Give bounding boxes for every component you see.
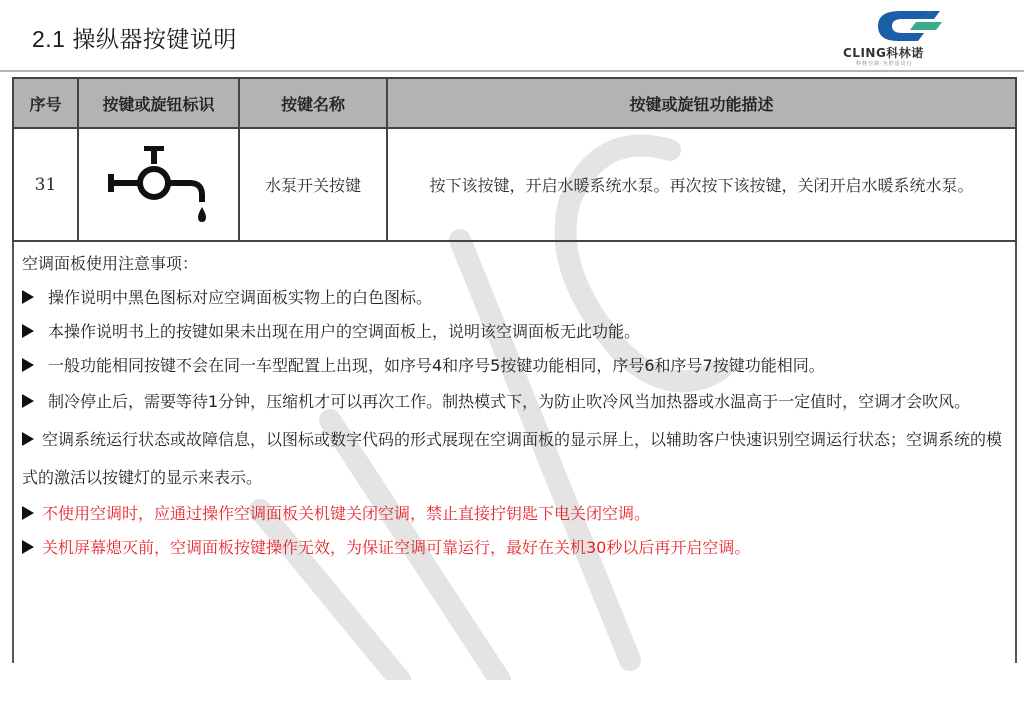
row-no: 31	[13, 128, 78, 241]
triangle-bullet-icon	[22, 506, 34, 520]
row-description: 按下该按键，开启水暖系统水泵。再次按下该按键，关闭开启水暖系统水泵。	[387, 128, 1016, 241]
note-text: 制冷停止后，需要等待1分钟，压缩机才可以再次工作。制热模式下，为防止吹冷风当加热…	[48, 392, 970, 411]
note-item: 操作说明中黑色图标对应空调面板实物上的白色图标。	[22, 281, 1012, 315]
column-header-no: 序号	[13, 78, 78, 128]
row-key-name: 水泵开关按键	[239, 128, 387, 241]
slide-title: 2.1 操纵器按键说明	[32, 21, 237, 54]
water-tap-icon	[104, 140, 214, 226]
notes-heading: 空调面板使用注意事项：	[22, 247, 1012, 281]
triangle-bullet-icon	[22, 324, 34, 338]
usage-notes: 空调面板使用注意事项： 操作说明中黑色图标对应空调面板实物上的白色图标。 本操作…	[22, 247, 1012, 565]
logo-brand-text: CLING科林诺	[843, 44, 924, 61]
warning-text: 关机屏幕熄灭前，空调面板按键操作无效，为保证空调可靠运行，最好在关机30秒以后再…	[42, 538, 750, 557]
cling-logo-mark-icon	[838, 8, 978, 44]
column-header-icon: 按键或旋钮标识	[78, 78, 239, 128]
column-header-description: 按键或旋钮功能描述	[387, 78, 1016, 128]
note-text: 空调系统运行状态或故障信息，以图标或数字代码的形式展现在空调面板的显示屏上，以辅…	[22, 430, 1002, 487]
note-text: 本操作说明书上的按键如果未出现在用户的空调面板上，说明该空调面板无此功能。	[48, 322, 640, 341]
column-header-name: 按键名称	[239, 78, 387, 128]
slide-header: 2.1 操纵器按键说明 CLING科林诺 科林空调·为舒适出行	[0, 0, 1024, 70]
note-text: 一般功能相同按键不会在同一车型配置上出现，如序号4和序号5按键功能相同，序号6和…	[48, 356, 825, 375]
note-item: 制冷停止后，需要等待1分钟，压缩机才可以再次工作。制热模式下，为防止吹冷风当加热…	[22, 383, 1012, 421]
note-item: 一般功能相同按键不会在同一车型配置上出现，如序号4和序号5按键功能相同，序号6和…	[22, 349, 1012, 383]
note-item: 空调系统运行状态或故障信息，以图标或数字代码的形式展现在空调面板的显示屏上，以辅…	[22, 421, 1012, 497]
table-row: 31 水泵开关按键 按下该按键，开启水暖系统水泵。再次按下该按键，关闭开	[13, 128, 1016, 241]
triangle-bullet-icon	[22, 432, 34, 446]
note-item: 本操作说明书上的按键如果未出现在用户的空调面板上，说明该空调面板无此功能。	[22, 315, 1012, 349]
triangle-bullet-icon	[22, 540, 34, 554]
row-icon-cell	[78, 128, 239, 241]
key-table: 序号 按键或旋钮标识 按键名称 按键或旋钮功能描述 31	[12, 77, 1017, 242]
triangle-bullet-icon	[22, 290, 34, 304]
header-divider	[0, 70, 1024, 72]
triangle-bullet-icon	[22, 358, 34, 372]
triangle-bullet-icon	[22, 394, 34, 408]
warning-item: 不使用空调时，应通过操作空调面板关机键关闭空调，禁止直接拧钥匙下电关闭空调。	[22, 497, 1012, 531]
warning-item: 关机屏幕熄灭前，空调面板按键操作无效，为保证空调可靠运行，最好在关机30秒以后再…	[22, 531, 1012, 565]
cling-logo: CLING科林诺 科林空调·为舒适出行	[838, 8, 978, 66]
table-header-row: 序号 按键或旋钮标识 按键名称 按键或旋钮功能描述	[13, 78, 1016, 128]
warning-text: 不使用空调时，应通过操作空调面板关机键关闭空调，禁止直接拧钥匙下电关闭空调。	[42, 504, 650, 523]
note-text: 操作说明中黑色图标对应空调面板实物上的白色图标。	[48, 288, 432, 307]
logo-slogan: 科林空调·为舒适出行	[856, 60, 913, 67]
